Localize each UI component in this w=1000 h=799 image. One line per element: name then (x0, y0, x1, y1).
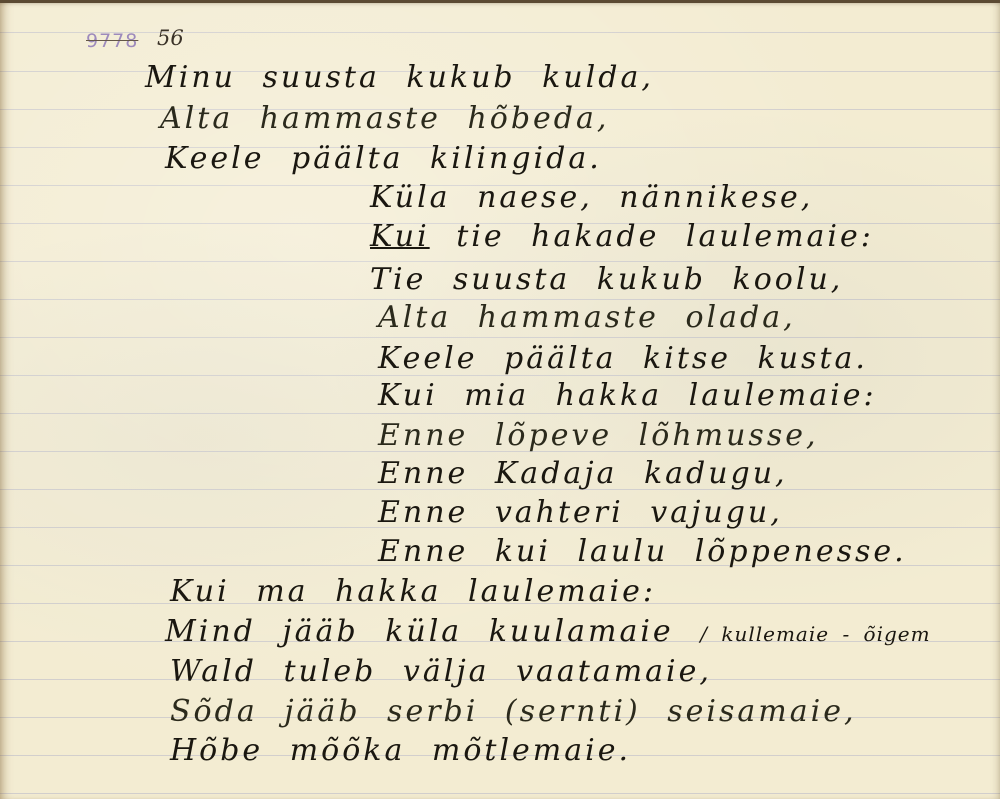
archive-stamp-number: 9778 (86, 30, 138, 52)
verse-line: Hõbe mõõka mõtlemaie. (170, 733, 631, 768)
verse-line: Enne kui laulu lõppenesse. (378, 534, 907, 569)
verse-line: Enne Kadaja kadugu, (378, 456, 788, 491)
marginal-note: / kullemaie - õigem (700, 622, 930, 646)
page-top-edge (0, 0, 1000, 3)
underlined-word: Kui (370, 219, 430, 254)
verse-line: Wald tuleb välja vaatamaie, (170, 654, 712, 689)
verse-line: Kui ma hakka laulemaie: (170, 574, 656, 609)
verse-line: Kui tie hakade laulemaie: (370, 219, 874, 254)
verse-line: Minu suusta kukub kulda, (145, 60, 654, 95)
verse-line: Küla naese, nännikese, (370, 180, 813, 215)
verse-line: Enne lõpeve lõhmusse, (378, 418, 819, 453)
verse-line: Keele päälta kitse kusta. (378, 341, 868, 376)
verse-line: Keele päälta kilingida. (165, 141, 602, 176)
verse-line: Tie suusta kukub koolu, (370, 262, 843, 297)
verse-line: Kui mia hakka laulemaie: (378, 378, 877, 413)
verse-line: Alta hammaste olada, (378, 300, 796, 335)
page-number: 56 (157, 26, 184, 50)
verse-line-rest: tie hakade laulemaie: (456, 219, 874, 254)
manuscript-page: 9778 56 Minu suusta kukub kulda, Alta ha… (0, 0, 1000, 799)
verse-line: Enne vahteri vajugu, (378, 495, 783, 530)
verse-line: Alta hammaste hõbeda, (160, 101, 609, 136)
verse-line: Sõda jääb serbi (sernti) seisamaie, (170, 694, 857, 729)
verse-line: Mind jääb küla kuulamaie / kullemaie - õ… (165, 614, 931, 649)
verse-text: Mind jääb küla kuulamaie (165, 614, 674, 649)
